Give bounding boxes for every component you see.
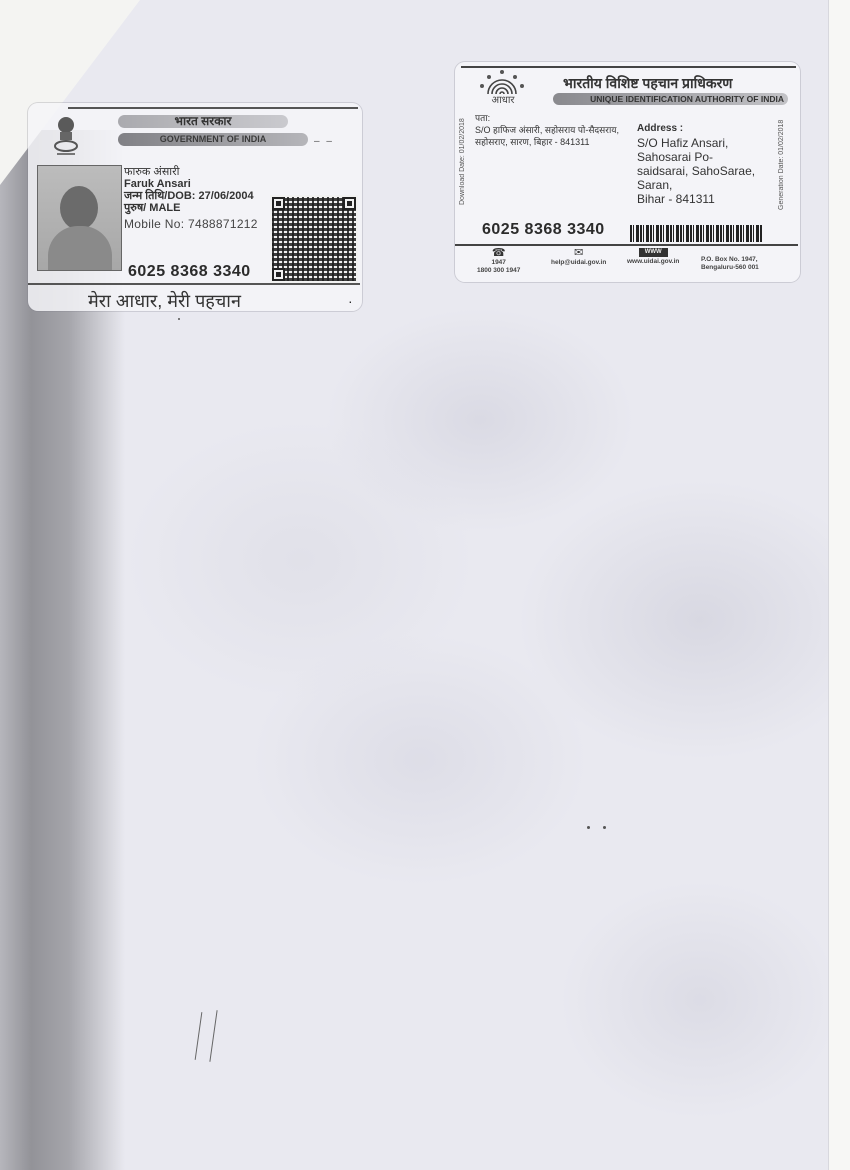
mobile-value: 7488871212: [188, 217, 258, 231]
address-hindi-block: पता: S/O हाफिज अंसारी, सहोसराय पो-सैदसरा…: [475, 112, 640, 148]
holder-photo: [37, 165, 122, 271]
name-hindi: फारुक अंसारी: [124, 166, 258, 178]
address-line: Saran,: [637, 178, 755, 192]
name-english: Faruk Ansari: [124, 178, 258, 190]
qr-code: [270, 195, 358, 283]
aadhaar-number: 6025 8368 3340: [482, 221, 605, 239]
holder-details: फारुक अंसारी Faruk Ansari जन्म तिथि/DOB:…: [124, 166, 258, 230]
aadhaar-logo-icon: आधार: [475, 68, 529, 108]
card-divider: [28, 283, 360, 285]
qr-finder: [272, 197, 285, 210]
aadhaar-slogan: मेरा आधार, मेरी पहचान: [88, 289, 241, 313]
govt-header-english: GOVERNMENT OF INDIA: [118, 133, 308, 146]
address-hindi-label: पता:: [475, 112, 640, 124]
uidai-header-english: UNIQUE IDENTIFICATION AUTHORITY OF INDIA: [553, 93, 788, 105]
address-english-block: Address : S/O Hafiz Ansari, Sahosarai Po…: [637, 122, 755, 206]
card-top-border: [68, 107, 358, 109]
dash-marks: – –: [314, 136, 334, 147]
card-divider: [455, 244, 798, 246]
address-line: saidsarai, SahoSarae,: [637, 164, 755, 178]
phone-number: 1800 300 1947: [477, 267, 520, 275]
address-english-label: Address :: [637, 122, 755, 136]
mobile-row: Mobile No: 7488871212: [124, 218, 258, 230]
gender: पुरुष/ MALE: [124, 202, 258, 214]
dob-label: जन्म तिथि/DOB:: [124, 190, 195, 202]
photo-body: [48, 226, 112, 271]
po-box-contact: P.O. Box No. 1947, Bengaluru-560 001: [701, 248, 759, 272]
aadhaar-front-card: भारत सरकार GOVERNMENT OF INDIA – – फारुक…: [28, 103, 362, 311]
po-box-line1: P.O. Box No. 1947,: [701, 256, 759, 264]
govt-header-hindi: भारत सरकार: [118, 115, 288, 128]
scan-speck: [587, 826, 590, 829]
address-line: Bihar - 841311: [637, 192, 755, 206]
national-emblem-icon: [52, 115, 80, 157]
envelope-icon: ✉: [551, 248, 606, 259]
address-line: S/O Hafiz Ansari,: [637, 136, 755, 150]
email-contact: ✉ help@uidai.gov.in: [551, 248, 606, 267]
download-date: Download Date: 01/02/2018: [459, 112, 471, 212]
scanner-bed-edge: [828, 0, 850, 1170]
scan-speck: [603, 826, 606, 829]
phone-icon: ☎: [477, 248, 520, 259]
mobile-label: Mobile No:: [124, 217, 184, 231]
website-url: www.uidai.gov.in: [627, 258, 679, 266]
scan-speck: [178, 318, 180, 320]
website-contact: WWW www.uidai.gov.in: [627, 248, 679, 266]
www-icon: WWW: [639, 248, 668, 257]
uidai-header-hindi: भारतीय विशिष्ट पहचान प्राधिकरण: [563, 74, 732, 93]
aadhaar-number: 6025 8368 3340: [128, 263, 251, 281]
aadhaar-back-card: आधार भारतीय विशिष्ट पहचान प्राधिकरण UNIQ…: [455, 62, 800, 282]
address-hindi: S/O हाफिज अंसारी, सहोसराय पो-सैदसराय, सह…: [475, 124, 640, 148]
dot-mark: ·: [348, 293, 353, 309]
po-box-line2: Bengaluru-560 001: [701, 264, 759, 272]
aadhaar-logo-label: आधार: [481, 92, 525, 106]
barcode: [630, 225, 762, 242]
email-address: help@uidai.gov.in: [551, 259, 606, 267]
generation-date: Generation Date: 01/02/2018: [778, 110, 790, 220]
dob-value: 27/06/2004: [199, 190, 254, 202]
phone-short: 1947: [477, 259, 520, 267]
qr-finder: [343, 197, 356, 210]
dob-row: जन्म तिथि/DOB: 27/06/2004: [124, 190, 258, 202]
address-line: Sahosarai Po-: [637, 150, 755, 164]
qr-finder: [272, 268, 285, 281]
phone-contact: ☎ 1947 1800 300 1947: [477, 248, 520, 275]
photo-head: [60, 186, 98, 230]
